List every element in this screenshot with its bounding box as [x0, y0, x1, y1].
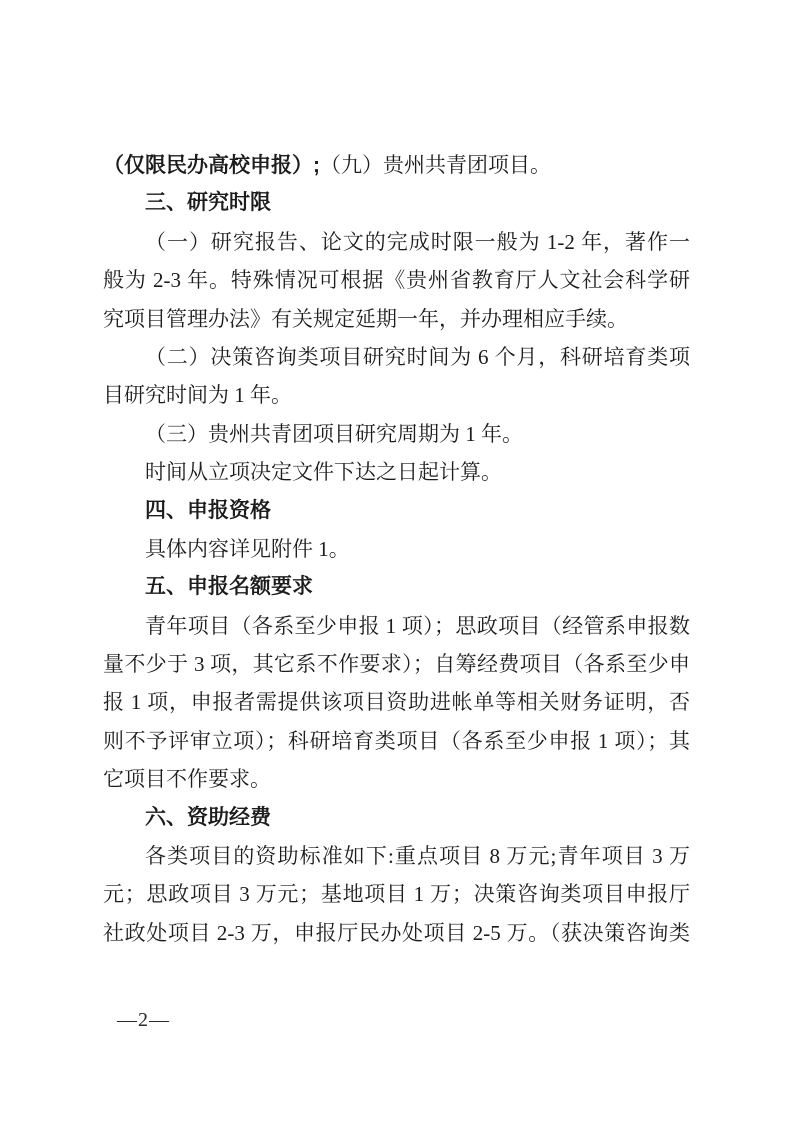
text-segment: （九）贵州共青团项目。 — [320, 153, 551, 177]
text-segment: 各类项目的资助标准如下:重点项目 8 万元;青年项目 3 万 — [145, 844, 690, 868]
text-segment: 量不少于 3 项，其它系不作要求）；自筹经费项目（各系至少申 — [103, 652, 690, 676]
heading-section-3-research-period: 三、研究时限 — [103, 184, 690, 222]
document-page: （仅限民办高校申报）;（九）贵州共青团项目。三、研究时限（一）研究报告、论文的完… — [0, 0, 793, 1122]
para-4-1-line-1: 具体内容详见附件 1。 — [103, 530, 690, 568]
para-6-1-line-2: 元；思政项目 3 万元；基地项目 1 万；决策咨询类项目申报厅 — [103, 875, 690, 913]
bold-text-segment: 六、资助经费 — [145, 806, 271, 829]
continuation-line: （仅限民办高校申报）;（九）贵州共青团项目。 — [103, 146, 690, 184]
para-3-2-line-1: （二）决策咨询类项目研究时间为 6 个月，科研培育类项 — [103, 338, 690, 376]
para-3-2-line-2: 目研究时间为 1 年。 — [103, 376, 690, 414]
para-6-1-line-3: 社政处项目 2-3 万，申报厅民办处项目 2-5 万。（获决策咨询类 — [103, 914, 690, 952]
text-segment: 报 1 项，申报者需提供该项目资助进帐单等相关财务证明，否 — [103, 690, 690, 714]
text-segment: 元；思政项目 3 万元；基地项目 1 万；决策咨询类项目申报厅 — [103, 882, 690, 906]
para-5-1-line-2: 量不少于 3 项，其它系不作要求）；自筹经费项目（各系至少申 — [103, 645, 690, 683]
bold-text-segment: （仅限民办高校申报）; — [103, 154, 320, 177]
bold-text-segment: 三、研究时限 — [145, 191, 271, 214]
para-3-1-line-1: （一）研究报告、论文的完成时限一般为 1-2 年，著作一 — [103, 223, 690, 261]
bold-text-segment: 五、申报名额要求 — [145, 575, 313, 598]
text-segment: 时间从立项决定文件下达之日起计算。 — [145, 460, 502, 484]
para-3-4-line-1: 时间从立项决定文件下达之日起计算。 — [103, 453, 690, 491]
para-5-1-line-4: 则不予评审立项）；科研培育类项目（各系至少申报 1 项）；其 — [103, 722, 690, 760]
heading-section-4-eligibility: 四、申报资格 — [103, 492, 690, 530]
text-segment: 目研究时间为 1 年。 — [103, 383, 292, 407]
text-segment: （三）贵州共青团项目研究周期为 1 年。 — [145, 422, 523, 446]
text-segment: 则不予评审立项）；科研培育类项目（各系至少申报 1 项）；其 — [103, 729, 690, 753]
heading-section-6-funding: 六、资助经费 — [103, 799, 690, 837]
heading-section-5-quota: 五、申报名额要求 — [103, 568, 690, 606]
text-segment: 般为 2-3 年。特殊情况可根据《贵州省教育厅人文社会科学研 — [103, 268, 690, 292]
text-segment: 它项目不作要求。 — [103, 767, 271, 791]
para-3-3-line-1: （三）贵州共青团项目研究周期为 1 年。 — [103, 415, 690, 453]
para-3-1-line-2: 般为 2-3 年。特殊情况可根据《贵州省教育厅人文社会科学研 — [103, 261, 690, 299]
text-segment: （二）决策咨询类项目研究时间为 6 个月，科研培育类项 — [145, 345, 690, 369]
para-5-1-line-1: 青年项目（各系至少申报 1 项）；思政项目（经管系申报数 — [103, 607, 690, 645]
page-number: —2— — [117, 1005, 170, 1035]
bold-text-segment: 四、申报资格 — [145, 499, 271, 522]
para-5-1-line-3: 报 1 项，申报者需提供该项目资助进帐单等相关财务证明，否 — [103, 683, 690, 721]
text-segment: 社政处项目 2-3 万，申报厅民办处项目 2-5 万。（获决策咨询类 — [103, 921, 690, 945]
text-segment: （一）研究报告、论文的完成时限一般为 1-2 年，著作一 — [145, 230, 690, 254]
text-block: （仅限民办高校申报）;（九）贵州共青团项目。三、研究时限（一）研究报告、论文的完… — [103, 146, 690, 952]
para-6-1-line-1: 各类项目的资助标准如下:重点项目 8 万元;青年项目 3 万 — [103, 837, 690, 875]
text-segment: 具体内容详见附件 1。 — [145, 537, 350, 561]
para-3-1-line-3: 究项目管理办法》有关规定延期一年，并办理相应手续。 — [103, 300, 690, 338]
text-segment: 究项目管理办法》有关规定延期一年，并办理相应手续。 — [103, 307, 628, 331]
text-segment: 青年项目（各系至少申报 1 项）；思政项目（经管系申报数 — [145, 614, 690, 638]
para-5-1-line-5: 它项目不作要求。 — [103, 760, 690, 798]
